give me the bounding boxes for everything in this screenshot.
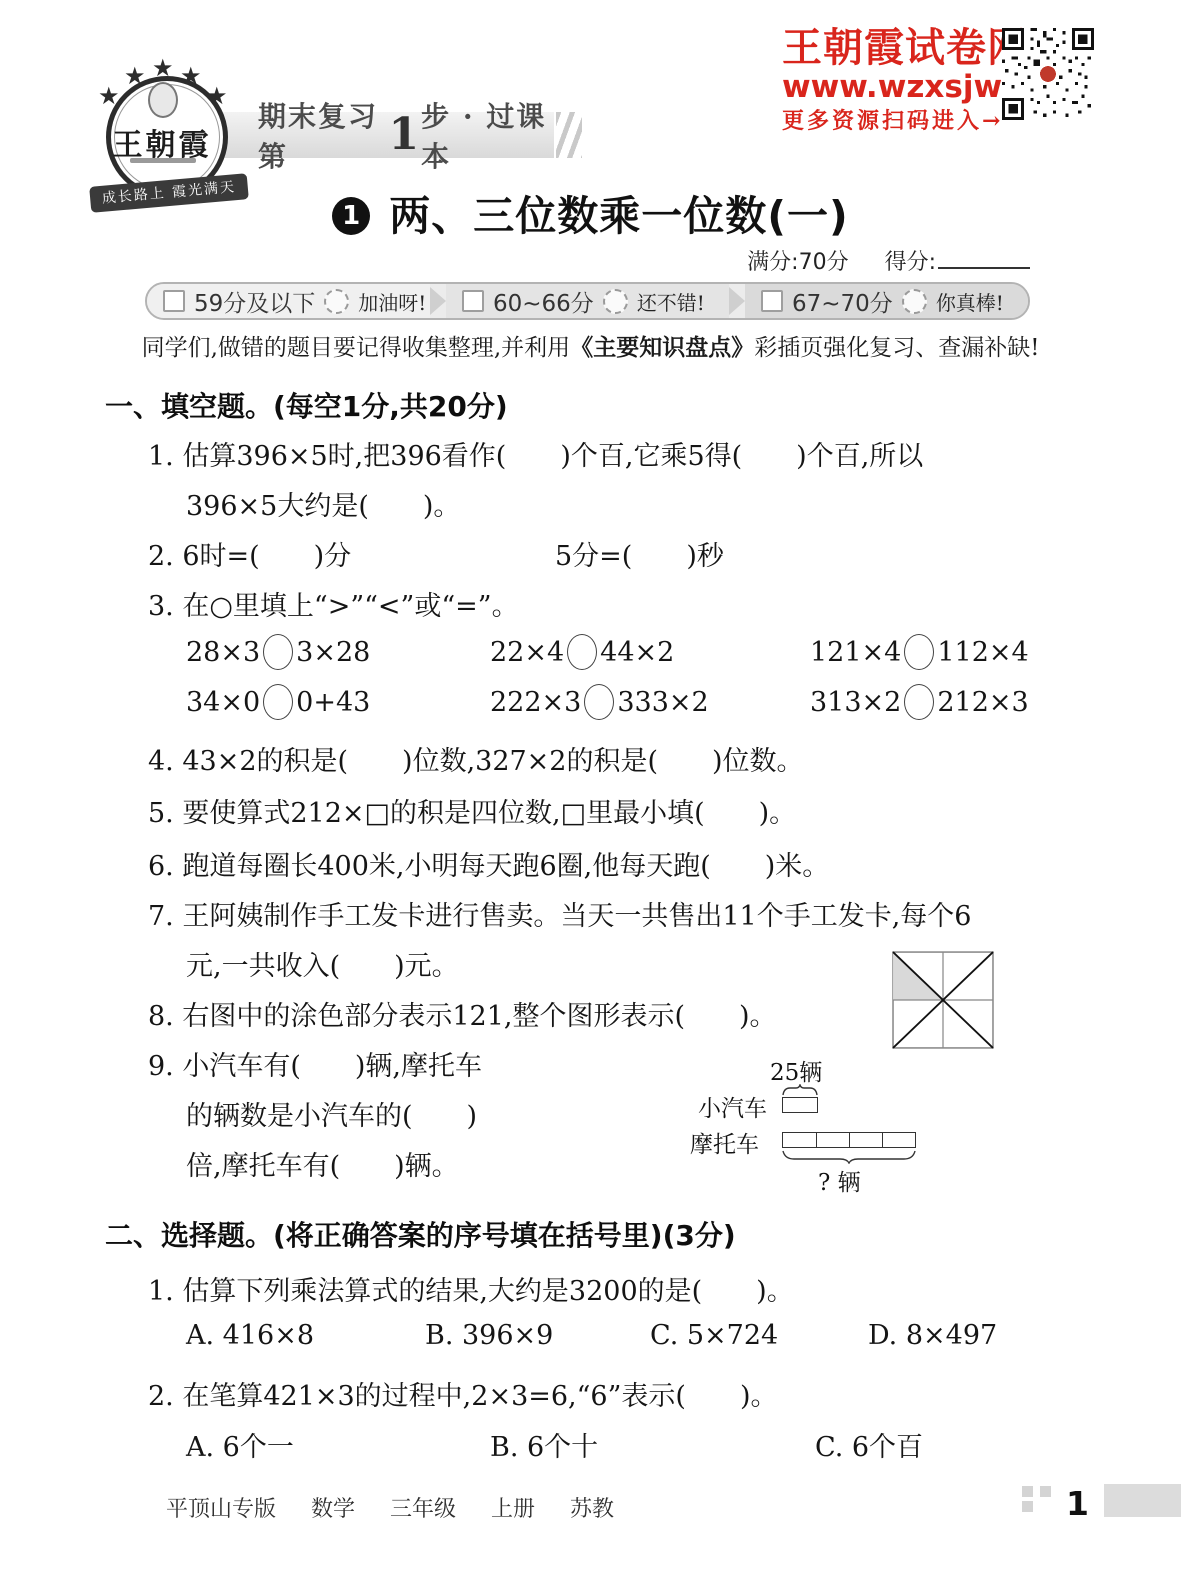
s1-q3-stem: 3. 在○里填上“>”“<”或“=”。 (148, 584, 519, 623)
score-line: 满分:70分 得分: (747, 245, 1030, 276)
s2-q1-option-c: C. 5×724 (650, 1320, 778, 1351)
compare-circle[interactable] (263, 634, 293, 670)
compare-circle[interactable] (904, 634, 934, 670)
s1-q1-line2: 396×5大约是( )。 (186, 484, 460, 523)
page-title: 两、三位数乘一位数(一) (389, 192, 848, 240)
compare-circle[interactable] (584, 684, 614, 720)
page-decoration-square (1040, 1486, 1051, 1497)
compare-item: 313×2212×3 (810, 684, 1029, 720)
compare-item: 121×4112×4 (810, 634, 1029, 670)
face-icon (902, 289, 927, 314)
page-decoration-square (1022, 1501, 1033, 1512)
s1-q9-line3: 倍,摩托车有( )辆。 (186, 1144, 459, 1183)
banner-step-number: 1 (388, 112, 419, 158)
score-band-high: 67~70分 你真棒! (745, 284, 1028, 318)
score-blank-underline (938, 249, 1030, 269)
compare-item: 34×00+43 (186, 684, 370, 720)
score-band-mid: 60~66分 还不错! (446, 284, 729, 318)
over-brace (782, 1084, 818, 1096)
page-decoration-square (1022, 1486, 1033, 1497)
s1-q4: 4. 43×2的积是( )位数,327×2的积是( )位数。 (148, 739, 804, 778)
compare-circle[interactable] (904, 684, 934, 720)
s2-q1-option-b: B. 396×9 (425, 1320, 553, 1351)
band-praise: 你真棒! (936, 287, 1004, 316)
footer-subject: 数学 (311, 1497, 355, 1522)
s1-q9-line1: 9. 小汽车有( )辆,摩托车 (148, 1044, 482, 1083)
s2-q2-stem: 2. 在笔算421×3的过程中,2×3=6,“6”表示( )。 (148, 1374, 777, 1413)
qr-code (1002, 28, 1094, 120)
section2-heading: 二、选择题。(将正确答案的序号填在括号里)(3分) (105, 1214, 736, 1254)
moto-count-question: ? 辆 (818, 1164, 861, 1197)
face-icon (603, 289, 628, 314)
banner-slash-decoration (556, 112, 582, 158)
s1-q1-line1: 1. 估算396×5时,把396看作( )个百,它乘5得( )个百,所以 (148, 434, 923, 473)
s1-q2-part2: 5分=( )秒 (555, 534, 724, 573)
s1-q2-part1: 2. 6时=( )分 (148, 534, 351, 573)
s1-q5: 5. 要使算式212×□的积是四位数,□里最小填( )。 (148, 791, 796, 830)
notice-pre: 同学们,做错的题目要记得收集整理,并利用 (142, 335, 571, 361)
page-number-bar (1104, 1484, 1181, 1517)
chevron-divider (430, 287, 446, 315)
title-number-badge: 1 (332, 197, 370, 235)
got-score-label: 得分: (885, 250, 936, 275)
badge-ribbon: 成长路上 霞光满天 (89, 173, 249, 213)
car-count-label: 25辆 (770, 1054, 822, 1087)
score-band-strip: 59分及以下 加油呀! 60~66分 还不错! 67~70分 你真棒! (145, 282, 1030, 320)
checkbox-mid[interactable] (462, 290, 484, 312)
band-praise: 加油呀! (358, 287, 426, 316)
s2-q2-option-c: C. 6个百 (815, 1425, 923, 1464)
notice-book-title: 《主要知识盘点》 (570, 334, 754, 361)
footer-edition: 平顶山专版 (166, 1497, 276, 1522)
car-bar (782, 1097, 818, 1113)
car-row-label: 小汽车 (698, 1090, 767, 1123)
under-brace (782, 1150, 916, 1164)
step-banner: 期末复习第 1 步 · 过课本 (222, 112, 554, 158)
page-number: 1 (1066, 1484, 1089, 1523)
worksheet-page: ★ ★ ★ ★ ★ 王朝霞 成长路上 霞光满天 期末复习第 1 步 · 过课本 … (0, 0, 1181, 1582)
moto-bar (782, 1132, 916, 1148)
band-range: 59分及以下 (194, 285, 315, 318)
band-range: 67~70分 (792, 285, 893, 318)
s1-q7-line2: 元,一共收入( )元。 (186, 944, 459, 983)
s1-q6: 6. 跑道每圈长400米,小明每天跑6圈,他每天跑( )米。 (148, 844, 829, 883)
banner-prefix: 期末复习第 (258, 95, 386, 175)
full-score-label: 满分:70分 (747, 250, 848, 275)
q8-fraction-figure (892, 951, 994, 1049)
moto-row-label: 摩托车 (690, 1126, 759, 1159)
compare-item: 22×444×2 (490, 634, 674, 670)
chevron-divider (729, 287, 745, 315)
publisher-badge: ★ ★ ★ ★ ★ 王朝霞 成长路上 霞光满天 (96, 58, 246, 210)
section1-heading: 一、填空题。(每空1分,共20分) (105, 385, 508, 425)
notice-post: 彩插页强化复习、查漏补缺! (754, 335, 1039, 361)
banner-suffix: 步 · 过课本 (421, 95, 554, 175)
footer-press: 苏教 (570, 1497, 614, 1522)
face-icon (324, 289, 349, 314)
s2-q1-option-d: D. 8×497 (868, 1320, 997, 1351)
compare-circle[interactable] (263, 684, 293, 720)
checkbox-low[interactable] (163, 290, 185, 312)
s1-q9-line2: 的辆数是小汽车的( ) (186, 1094, 477, 1133)
q9-bar-diagram: 25辆 小汽车 摩托车 ? 辆 (690, 1040, 940, 1190)
footer-grade: 三年级 (390, 1497, 456, 1522)
compare-item: 222×3333×2 (490, 684, 709, 720)
compare-circle[interactable] (567, 634, 597, 670)
qr-center-emblem (1040, 66, 1056, 82)
study-notice: 同学们,做错的题目要记得收集整理,并利用《主要知识盘点》彩插页强化复习、查漏补缺… (0, 329, 1181, 362)
s2-q1-stem: 1. 估算下列乘法算式的结果,大约是3200的是( )。 (148, 1269, 794, 1308)
badge-subtext-decoration (130, 158, 196, 163)
score-band-low: 59分及以下 加油呀! (147, 284, 430, 318)
s1-q7-line1: 7. 王阿姨制作手工发卡进行售卖。当天一共售出11个手工发卡,每个6 (148, 894, 971, 933)
footer-edition-line: 平顶山专版 数学 三年级 上册 苏教 (0, 1492, 780, 1523)
s2-q1-option-a: A. 416×8 (186, 1320, 314, 1351)
s2-q2-option-b: B. 6个十 (490, 1425, 598, 1464)
s2-q2-option-a: A. 6个一 (186, 1425, 294, 1464)
checkbox-high[interactable] (761, 290, 783, 312)
band-praise: 还不错! (637, 287, 705, 316)
s1-q8: 8. 右图中的涂色部分表示121,整个图形表示( )。 (148, 994, 777, 1033)
footer-volume: 上册 (491, 1497, 535, 1522)
portrait-icon (148, 82, 178, 118)
band-range: 60~66分 (493, 285, 594, 318)
compare-item: 28×33×28 (186, 634, 370, 670)
